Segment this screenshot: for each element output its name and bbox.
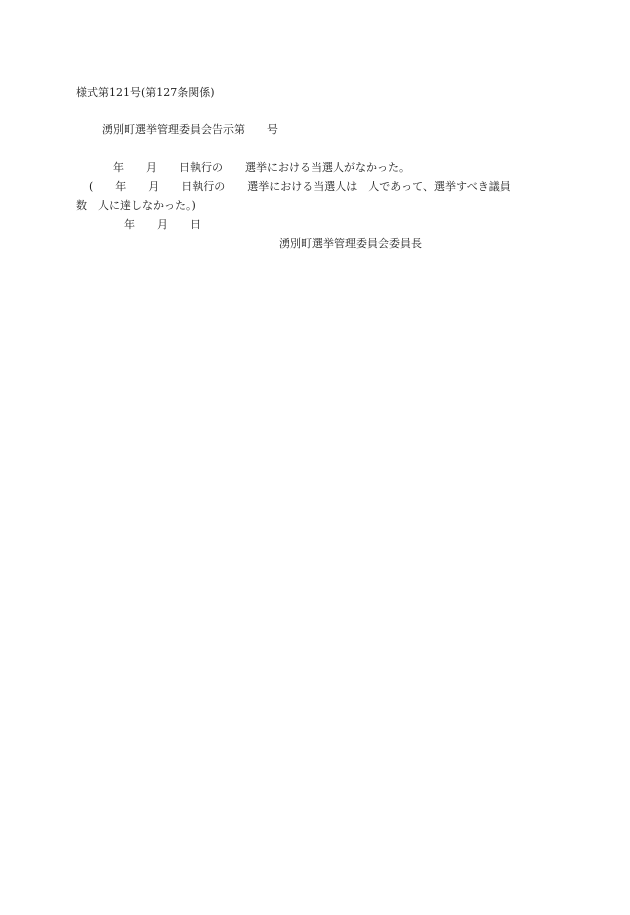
body-line-2: ( 年 月 日執行の 選挙における当選人は 人であって、選挙すべき議員	[89, 180, 511, 194]
form-number: 様式第121号(第127条関係)	[76, 86, 215, 100]
date-line: 年 月 日	[124, 218, 201, 232]
body-line-1: 年 月 日執行の 選挙における当選人がなかった。	[113, 161, 410, 175]
body-line-3: 数 人に達しなかった。)	[76, 199, 196, 213]
signatory: 湧別町選挙管理委員会委員長	[279, 237, 422, 251]
notice-title: 湧別町選挙管理委員会告示第 号	[102, 123, 278, 137]
